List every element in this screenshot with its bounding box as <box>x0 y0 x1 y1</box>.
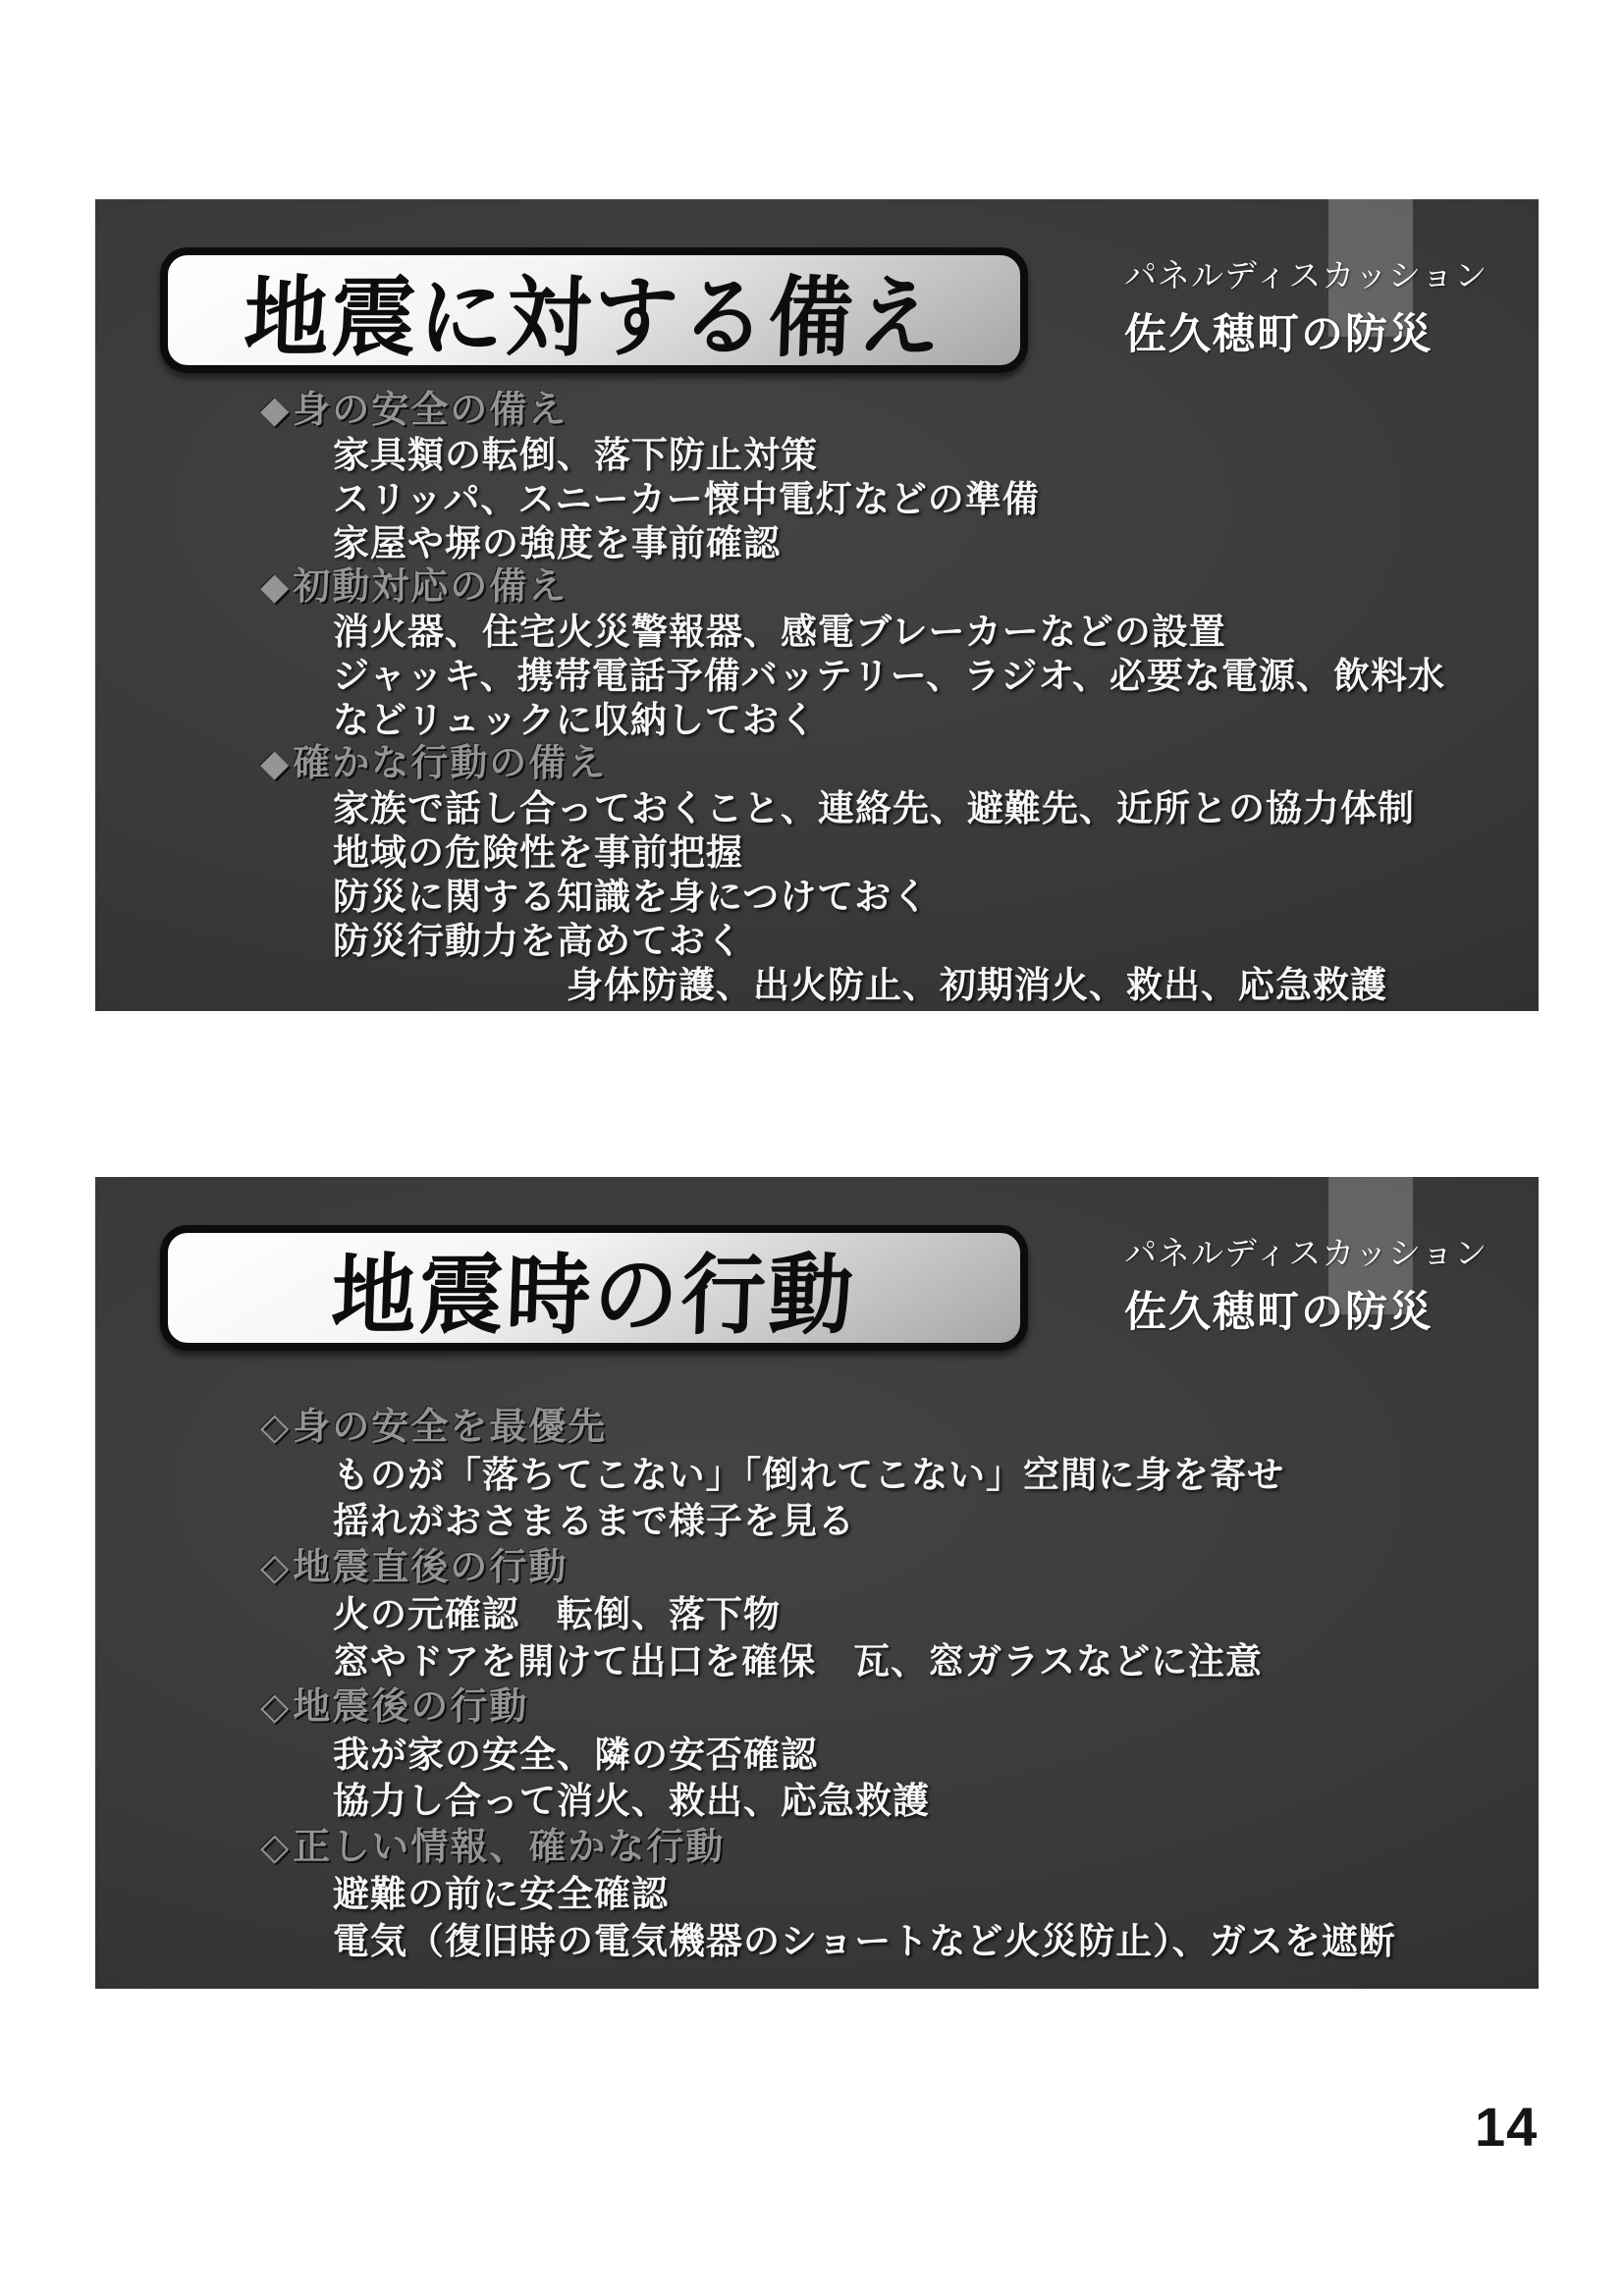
section-heading-text: 正しい情報、確かな行動 <box>293 1827 725 1868</box>
bullet-line: 協力し合って消火、救出、応急救護 <box>95 1778 1539 1825</box>
bullet-line: 家屋や塀の強度を事前確認 <box>95 521 1539 565</box>
bullet-line: 家族で話し合っておくこと、連絡先、避難先、近所との協力体制 <box>95 786 1539 830</box>
section-heading: ◆初動対応の備え <box>95 565 1539 610</box>
section-heading: ◆確かな行動の備え <box>95 742 1539 786</box>
bullet-line: ジャッキ、携帯電話予備バッテリー、ラジオ、必要な電源、飲料水 <box>95 654 1539 698</box>
document-page: { "page": { "number": "14" }, "colors": … <box>0 0 1624 2296</box>
panel-subtitle: 佐久穂町の防災 <box>1124 301 1488 361</box>
diamond-icon: ◆ <box>260 390 291 431</box>
slide-title-box: 地震時の行動 <box>160 1225 1028 1351</box>
diamond-icon: ◇ <box>260 1686 291 1728</box>
bullet-line: 揺れがおさまるまで様子を見る <box>95 1498 1539 1545</box>
bullet-line: 地域の危険性を事前把握 <box>95 830 1539 875</box>
page-number: 14 <box>1475 2095 1538 2159</box>
diamond-icon: ◆ <box>260 743 291 784</box>
section-heading: ◇正しい情報、確かな行動 <box>95 1825 1539 1872</box>
bullet-line: スリッパ、スニーカー懐中電灯などの準備 <box>95 477 1539 521</box>
section-heading-text: 地震後の行動 <box>293 1686 528 1728</box>
bullet-line: 避難の前に安全確認 <box>95 1871 1539 1918</box>
section-heading: ◇身の安全を最優先 <box>95 1405 1539 1452</box>
slide-title: 地震時の行動 <box>330 1225 859 1352</box>
panel-label: パネルディスカッション 佐久穂町の防災 <box>1124 250 1488 361</box>
diamond-icon: ◆ <box>260 566 291 608</box>
bullet-line: 防災行動力を高めておく <box>95 919 1539 963</box>
diamond-icon: ◇ <box>260 1547 291 1588</box>
section-heading: ◆身の安全の備え <box>95 389 1539 433</box>
bullet-line: 電気（復旧時の電気機器のショートなど火災防止）、ガスを遮断 <box>95 1918 1539 1965</box>
bullet-line: 防災に関する知識を身につけておく <box>95 875 1539 919</box>
footnote-line: 身体防護、出火防止、初期消火、救出、応急救護 <box>95 963 1539 1007</box>
bullet-line: 我が家の安全、隣の安否確認 <box>95 1732 1539 1779</box>
bullet-line: などリュックに収納しておく <box>95 698 1539 742</box>
diamond-icon: ◇ <box>260 1407 291 1448</box>
slide-earthquake-preparedness: 地震に対する備え パネルディスカッション 佐久穂町の防災 ◆身の安全の備え 家具… <box>95 199 1539 1011</box>
section-heading-text: 地震直後の行動 <box>293 1547 568 1588</box>
section-heading-text: 初動対応の備え <box>293 566 568 608</box>
panel-subtitle: 佐久穂町の防災 <box>1124 1279 1488 1339</box>
panel-eyebrow: パネルディスカッション <box>1124 1228 1488 1274</box>
section-heading-text: 身の安全の備え <box>293 390 568 431</box>
diamond-icon: ◇ <box>260 1827 291 1868</box>
section-heading-text: 確かな行動の備え <box>293 743 607 784</box>
bullet-line: 消火器、住宅火災警報器、感電ブレーカーなどの設置 <box>95 610 1539 654</box>
bullet-line: 家具類の転倒、落下防止対策 <box>95 433 1539 477</box>
section-heading: ◇地震後の行動 <box>95 1684 1539 1732</box>
bullet-line: ものが「落ちてこない」「倒れてこない」空間に身を寄せ <box>95 1452 1539 1499</box>
slide-title-box: 地震に対する備え <box>160 247 1028 373</box>
section-heading: ◇地震直後の行動 <box>95 1545 1539 1592</box>
slide-content: ◆身の安全の備え 家具類の転倒、落下防止対策 スリッパ、スニーカー懐中電灯などの… <box>95 389 1539 1007</box>
panel-eyebrow: パネルディスカッション <box>1124 250 1488 296</box>
slide-content: ◇身の安全を最優先 ものが「落ちてこない」「倒れてこない」空間に身を寄せ 揺れが… <box>95 1405 1539 1964</box>
panel-label: パネルディスカッション 佐久穂町の防災 <box>1124 1228 1488 1339</box>
bullet-line: 窓やドアを開けて出口を確保 瓦、窓ガラスなどに注意 <box>95 1638 1539 1685</box>
bullet-line: 火の元確認 転倒、落下物 <box>95 1591 1539 1638</box>
section-heading-text: 身の安全を最優先 <box>293 1407 607 1448</box>
slide-title: 地震に対する備え <box>243 247 947 374</box>
slide-earthquake-actions: 地震時の行動 パネルディスカッション 佐久穂町の防災 ◇身の安全を最優先 ものが… <box>95 1177 1539 1989</box>
